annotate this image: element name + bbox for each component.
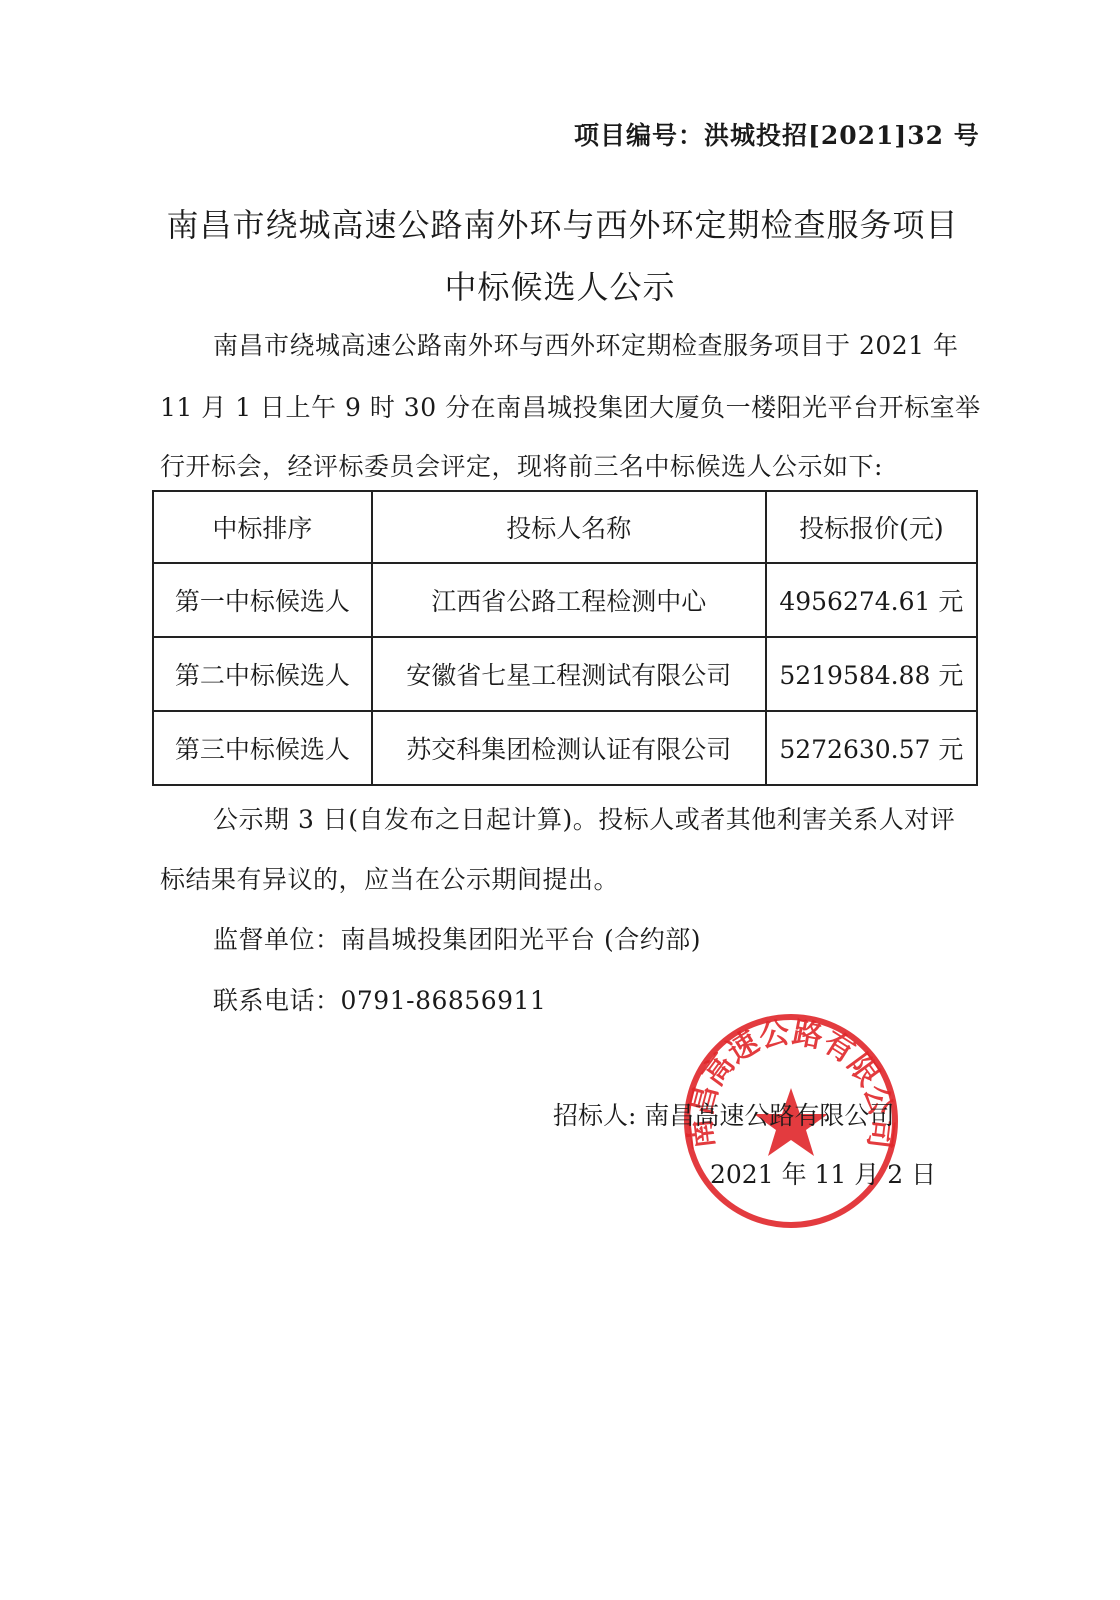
table-row: 第二中标候选人 安徽省七星工程测试有限公司 5219584.88 元 xyxy=(153,637,977,711)
cell-bidder: 江西省公路工程检测中心 xyxy=(372,563,766,637)
signature-date: 2021 年 11 月 2 日 xyxy=(710,1155,936,1191)
intro-line-2: 11 月 1 日上午 9 时 30 分在南昌城投集团大厦负一楼阳光平台开标室举 xyxy=(160,388,981,424)
supervisor-text: 监督单位：南昌城投集团阳光平台 (合约部) xyxy=(213,920,701,956)
header-price: 投标报价(元) xyxy=(766,491,977,563)
project-number: 项目编号：洪城投招[2021]32 号 xyxy=(574,116,980,152)
document-title: 南昌市绕城高速公路南外环与西外环定期检查服务项目 xyxy=(0,200,1120,246)
cell-price: 4956274.61 元 xyxy=(766,563,977,637)
cell-rank: 第三中标候选人 xyxy=(153,711,372,785)
table-row: 第三中标候选人 苏交科集团检测认证有限公司 5272630.57 元 xyxy=(153,711,977,785)
phone-text: 联系电话：0791-86856911 xyxy=(213,981,546,1017)
cell-rank: 第二中标候选人 xyxy=(153,637,372,711)
cell-rank: 第一中标候选人 xyxy=(153,563,372,637)
cell-bidder: 苏交科集团检测认证有限公司 xyxy=(372,711,766,785)
cell-price: 5272630.57 元 xyxy=(766,711,977,785)
cell-bidder: 安徽省七星工程测试有限公司 xyxy=(372,637,766,711)
table-header-row: 中标排序 投标人名称 投标报价(元) xyxy=(153,491,977,563)
cell-price: 5219584.88 元 xyxy=(766,637,977,711)
header-bidder: 投标人名称 xyxy=(372,491,766,563)
notice-line-2: 标结果有异议的，应当在公示期间提出。 xyxy=(160,860,619,896)
tenderer-signature: 招标人: 南昌高速公路有限公司 xyxy=(553,1096,894,1132)
notice-line-1: 公示期 3 日(自发布之日起计算)。投标人或者其他利害关系人对评 xyxy=(213,800,955,836)
intro-line-1: 南昌市绕城高速公路南外环与西外环定期检查服务项目于 2021 年 xyxy=(213,326,959,362)
header-rank: 中标排序 xyxy=(153,491,372,563)
table-row: 第一中标候选人 江西省公路工程检测中心 4956274.61 元 xyxy=(153,563,977,637)
document-subtitle: 中标候选人公示 xyxy=(0,262,1120,308)
intro-line-3: 行开标会，经评标委员会评定，现将前三名中标候选人公示如下: xyxy=(160,447,883,483)
candidates-table: 中标排序 投标人名称 投标报价(元) 第一中标候选人 江西省公路工程检测中心 4… xyxy=(152,490,978,786)
